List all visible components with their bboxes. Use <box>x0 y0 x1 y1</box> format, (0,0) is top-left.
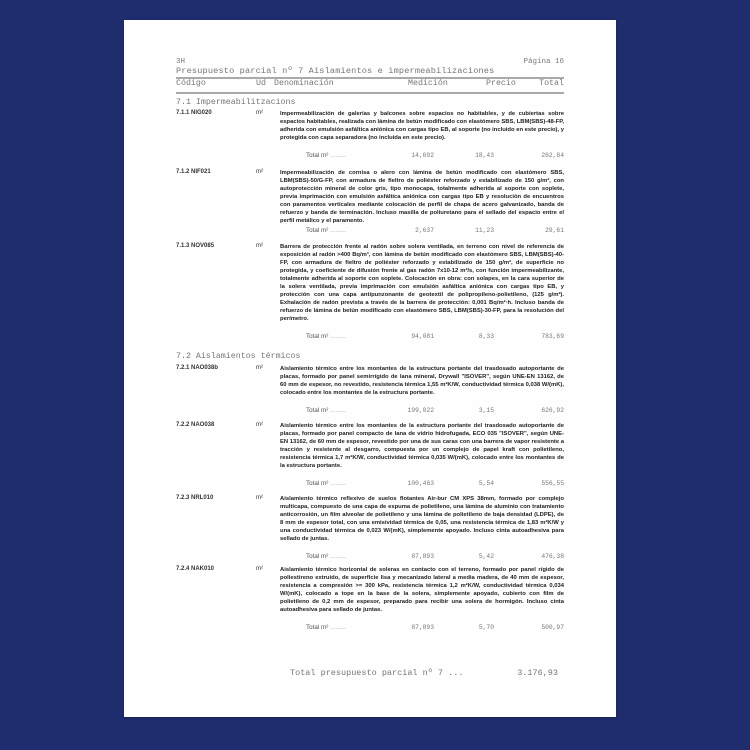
page-number: Página 16 <box>523 58 564 66</box>
item-code: 7.2.4 NAK010 <box>176 566 214 572</box>
document-code: 3H <box>176 58 185 66</box>
section-title: 7.1 Impermeabilitzacions <box>176 98 296 107</box>
total-label: Total m² ......... <box>306 624 346 631</box>
total-label: Total m² ......... <box>306 227 346 234</box>
item-description: Barrera de protección frente al radón so… <box>280 243 564 323</box>
item-description: Aislamiento térmico reflexivo de suelos … <box>280 495 564 543</box>
page-title: Presupuesto parcial nº 7 Aislamientos e … <box>176 66 494 76</box>
item-unit: m² <box>256 169 263 175</box>
item-unit: m² <box>256 495 263 501</box>
item-code: 7.2.2 NAO038 <box>176 422 214 428</box>
item-total-row: Total m² .........94,0818,33783,69 <box>176 333 564 343</box>
price: 18,43 <box>475 152 494 159</box>
item-description: Aislamiento térmico horizontal de solera… <box>280 566 564 614</box>
item-unit: m² <box>256 243 263 249</box>
item-description: Aislamiento térmico entre los montantes … <box>280 365 564 397</box>
section-title: 7.2 Aislamientos térmicos <box>176 352 300 361</box>
price: 3,15 <box>479 407 494 414</box>
measurement: 100,463 <box>408 480 434 487</box>
item-code: 7.1.1 NIG020 <box>176 110 212 116</box>
grand-total-value: 3.176,93 <box>517 668 558 678</box>
line-total: 783,69 <box>541 333 564 340</box>
measurement: 199,022 <box>408 407 434 414</box>
total-label: Total m² ......... <box>306 152 346 159</box>
item-code: 7.1.3 NOV085 <box>176 243 214 249</box>
item-code: 7.2.3 NRL010 <box>176 495 213 501</box>
price: 11,23 <box>475 227 494 234</box>
total-label: Total m² ......... <box>306 333 346 340</box>
item-total-row: Total m² .........100,4635,54556,55 <box>176 480 564 490</box>
measurement: 2,637 <box>415 227 434 234</box>
col-precio: Precio <box>486 79 516 88</box>
item-total-row: Total m² .........199,0223,15626,92 <box>176 407 564 417</box>
price: 5,42 <box>479 553 494 560</box>
item-total-row: Total m² .........2,63711,2329,61 <box>176 227 564 237</box>
line-total: 500,97 <box>541 624 564 631</box>
item-unit: m² <box>256 566 263 572</box>
total-label: Total m² ......... <box>306 407 346 414</box>
budget-page: 3H Página 16 Presupuesto parcial nº 7 Ai… <box>124 20 616 717</box>
total-label: Total m² ......... <box>306 480 346 487</box>
line-total: 476,38 <box>541 553 564 560</box>
total-label: Total m² ......... <box>306 553 346 560</box>
measurement: 14,692 <box>411 152 434 159</box>
line-total: 29,61 <box>545 227 564 234</box>
item-total-row: Total m² .........87,8935,42476,38 <box>176 553 564 563</box>
item-description: Aislamiento térmico entre los montantes … <box>280 422 564 470</box>
divider <box>176 92 564 94</box>
line-total: 262,84 <box>541 152 564 159</box>
measurement: 87,893 <box>411 624 434 631</box>
item-description: Impermeabilización de galerías y balcone… <box>280 110 564 142</box>
price: 5,54 <box>479 480 494 487</box>
item-total-row: Total m² .........14,69218,43262,84 <box>176 152 564 162</box>
col-medicion: Medición <box>408 79 448 88</box>
grand-total-label: Total presupuesto parcial nº 7 ... <box>290 668 463 678</box>
col-codigo: Código <box>176 79 206 88</box>
line-total: 626,92 <box>541 407 564 414</box>
item-code: 7.2.1 NAO038b <box>176 365 218 371</box>
item-unit: m² <box>256 110 263 116</box>
column-headers: Código Ud Denominación Medición Precio T… <box>176 79 564 91</box>
price: 8,33 <box>479 333 494 340</box>
item-code: 7.1.2 NIF021 <box>176 169 211 175</box>
item-total-row: Total m² .........87,8935,70500,97 <box>176 624 564 634</box>
item-unit: m² <box>256 365 263 371</box>
measurement: 94,081 <box>411 333 434 340</box>
measurement: 87,893 <box>411 553 434 560</box>
item-unit: m² <box>256 422 263 428</box>
col-denominacion: Denominación <box>274 79 334 88</box>
item-description: Impermeabilización de cornisa o alero co… <box>280 169 564 225</box>
col-ud: Ud <box>256 79 266 88</box>
price: 5,70 <box>479 624 494 631</box>
col-total: Total <box>539 79 564 88</box>
line-total: 556,55 <box>541 480 564 487</box>
